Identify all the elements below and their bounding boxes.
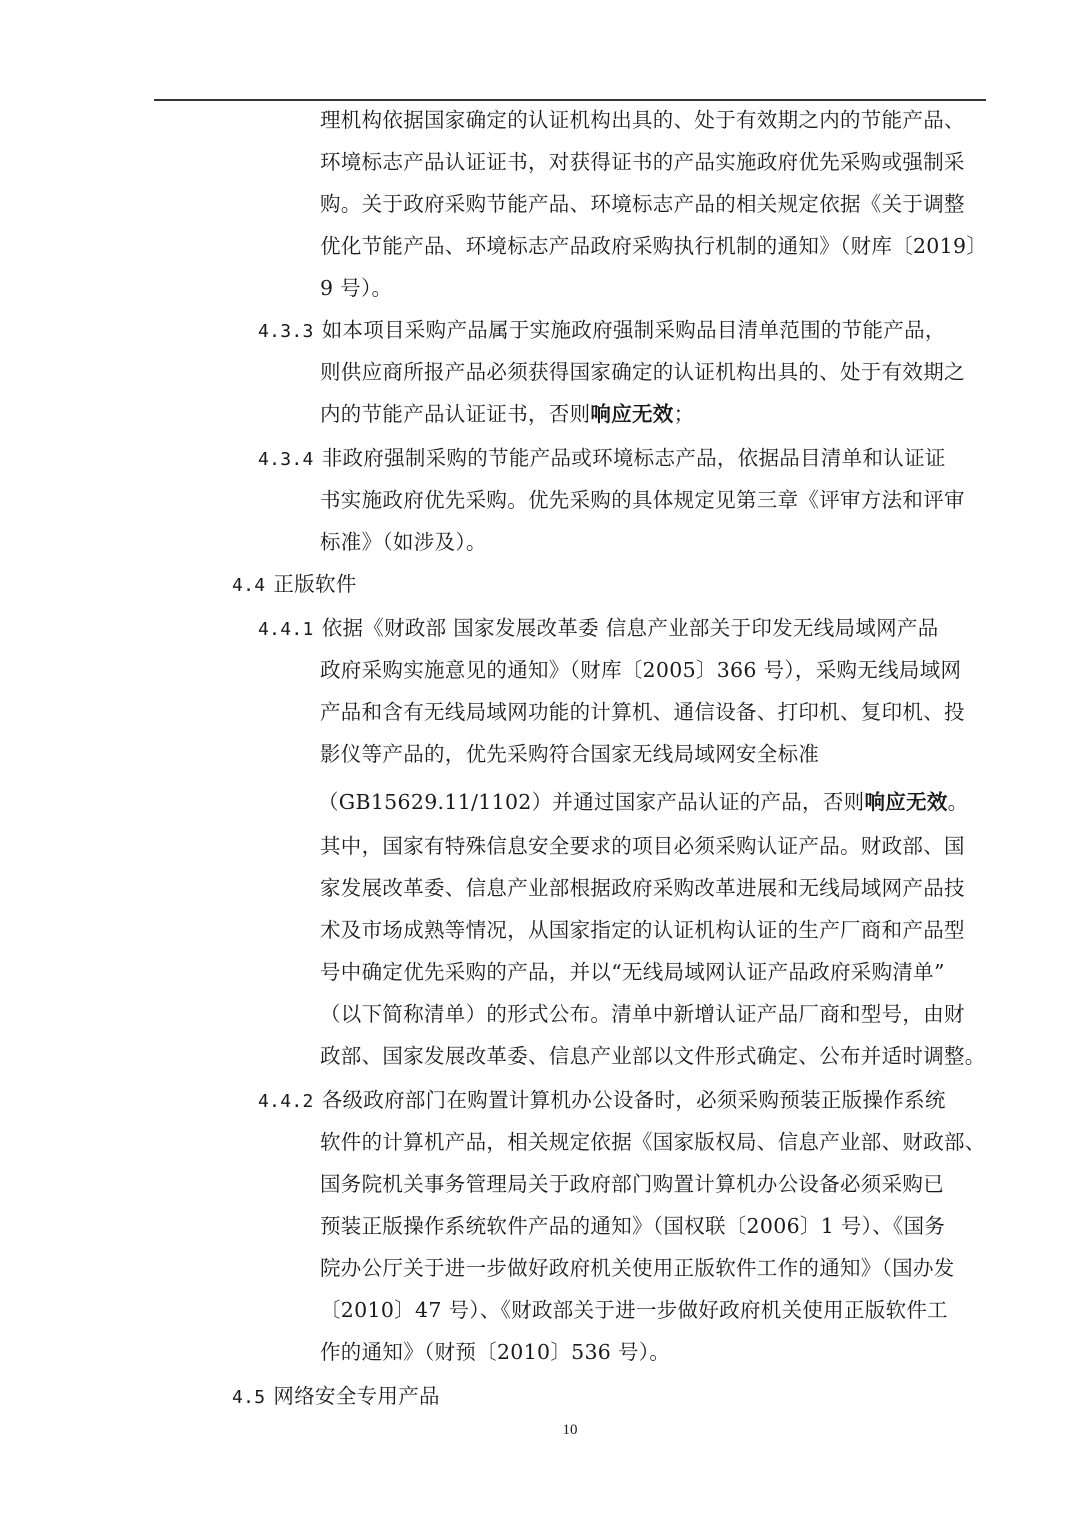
clause-line: 政部、国家发展改革委、信息产业部以文件形式确定、公布并适时调整。: [320, 1042, 986, 1070]
clause-4-4-1: 4.4.1依据《财政部 国家发展改革委 信息产业部关于印发无线局域网产品: [258, 614, 939, 644]
clause-text: 各级政府部门在购置计算机办公设备时，必须采购预装正版操作系统: [322, 1088, 946, 1112]
clause-line: （GB15629.11/1102）并通过国家产品认证的产品，否则响应无效。: [318, 788, 968, 816]
clause-line: 标准》（如涉及）。: [320, 528, 487, 556]
clause-text: 内的节能产品认证证书，否则: [320, 402, 590, 426]
clause-line: 软件的计算机产品，相关规定依据《国家版权局、信息产业部、财政部、: [320, 1128, 986, 1156]
emphasis-invalid-response: 响应无效: [864, 790, 947, 814]
clause-number: 4.4.2: [258, 1088, 314, 1116]
punctuation: 。: [948, 790, 969, 814]
clause-line: 号中确定优先采购的产品，并以“无线局域网认证产品政府采购清单”: [320, 958, 945, 986]
clause-line: 院办公厅关于进一步做好政府机关使用正版软件工作的通知》（国办发: [320, 1254, 955, 1282]
clause-line: 〔2010〕47 号）、《财政部关于进一步做好政府机关使用正版软件工: [320, 1296, 948, 1324]
section-number: 4.5: [232, 1384, 265, 1412]
clause-line: （以下简称清单）的形式公布。清单中新增认证产品厂商和型号，由财: [320, 1000, 965, 1028]
clause-text: 依据《财政部 国家发展改革委 信息产业部关于印发无线局域网产品: [322, 616, 939, 640]
clause-line: 其中，国家有特殊信息安全要求的项目必须采购认证产品。财政部、国: [320, 832, 965, 860]
clause-4-4-2: 4.4.2各级政府部门在购置计算机办公设备时，必须采购预装正版操作系统: [258, 1086, 946, 1116]
clause-line: 则供应商所报产品必须获得国家确定的认证机构出具的、处于有效期之: [320, 358, 965, 386]
clause-text: 如本项目采购产品属于实施政府强制采购品目清单范围的节能产品，: [322, 318, 946, 342]
paragraph-line: 9 号）。: [320, 274, 392, 302]
clause-4-3-3: 4.3.3如本项目采购产品属于实施政府强制采购品目清单范围的节能产品，: [258, 316, 946, 346]
section-title: 网络安全专用产品: [273, 1384, 439, 1408]
clause-line: 影仪等产品的，优先采购符合国家无线局域网安全标准: [320, 740, 819, 768]
clause-line: 作的通知》（财预〔2010〕536 号）。: [320, 1338, 670, 1366]
clause-line: 书实施政府优先采购。优先采购的具体规定见第三章《评审方法和评审: [320, 486, 965, 514]
section-heading-4-5: 4.5网络安全专用产品: [232, 1382, 440, 1412]
section-title: 正版软件: [273, 572, 356, 596]
page-number: 10: [0, 1422, 1080, 1439]
clause-number: 4.4.1: [258, 616, 314, 644]
section-number: 4.4: [232, 572, 265, 600]
header-rule: [154, 99, 986, 101]
paragraph-line: 环境标志产品认证证书，对获得证书的产品实施政府优先采购或强制采: [320, 148, 965, 176]
clause-number: 4.3.3: [258, 318, 314, 346]
paragraph-line: 理机构依据国家确定的认证机构出具的、处于有效期之内的节能产品、: [320, 106, 965, 134]
section-heading-4-4: 4.4正版软件: [232, 570, 357, 600]
clause-number: 4.3.4: [258, 446, 314, 474]
emphasis-invalid-response: 响应无效: [590, 402, 673, 426]
clause-line: 术及市场成熟等情况，从国家指定的认证机构认证的生产厂商和产品型: [320, 916, 965, 944]
clause-line: 内的节能产品认证证书，否则响应无效；: [320, 400, 694, 428]
paragraph-line: 购。关于政府采购节能产品、环境标志产品的相关规定依据《关于调整: [320, 190, 965, 218]
clause-line: 预装正版操作系统软件产品的通知》（国权联〔2006〕1 号）、《国务: [320, 1212, 945, 1240]
paragraph-line: 优化节能产品、环境标志产品政府采购执行机制的通知》（财库〔2019〕: [320, 232, 987, 260]
clause-text: 非政府强制采购的节能产品或环境标志产品，依据品目清单和认证证: [322, 446, 946, 470]
clause-line: 产品和含有无线局域网功能的计算机、通信设备、打印机、复印机、投: [320, 698, 965, 726]
clause-line: 政府采购实施意见的通知》（财库〔2005〕366 号），采购无线局域网: [320, 656, 961, 684]
punctuation: ；: [674, 402, 695, 426]
clause-line: 国务院机关事务管理局关于政府部门购置计算机办公设备必须采购已: [320, 1170, 944, 1198]
clause-4-3-4: 4.3.4非政府强制采购的节能产品或环境标志产品，依据品目清单和认证证: [258, 444, 946, 474]
clause-line: 家发展改革委、信息产业部根据政府采购改革进展和无线局域网产品技: [320, 874, 965, 902]
clause-text: （GB15629.11/1102）并通过国家产品认证的产品，否则: [318, 790, 864, 814]
